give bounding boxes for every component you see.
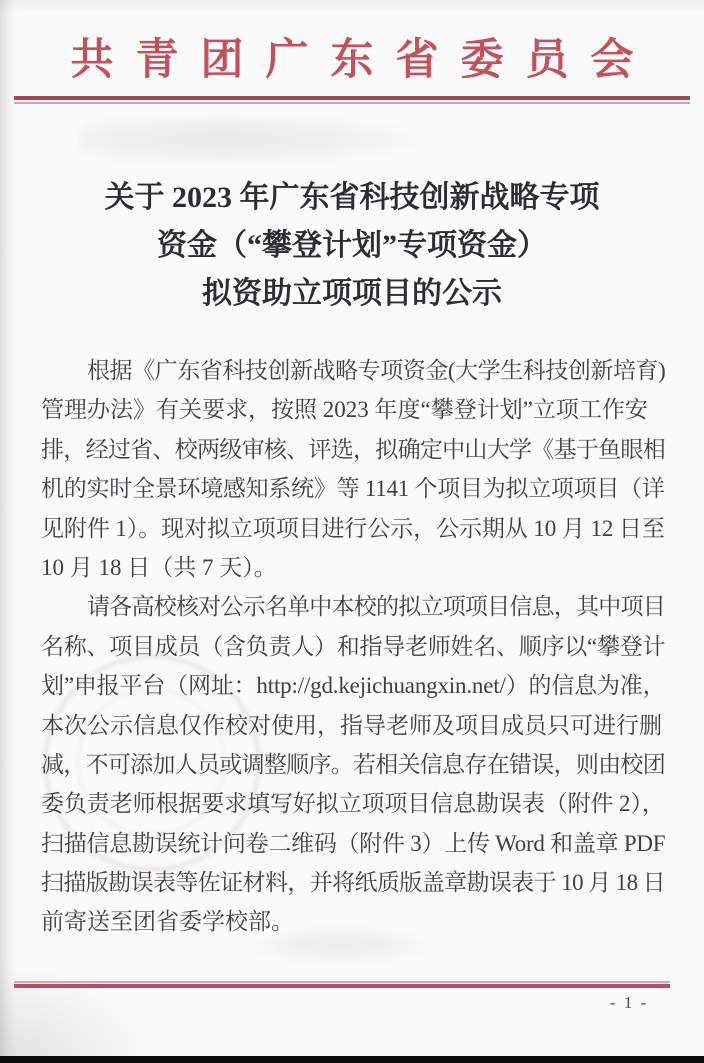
- body-line: 管理办法》有关要求，按照 2023 年度“攀登计划”立项工作安: [41, 390, 665, 429]
- footer-divider: [14, 981, 670, 988]
- divider-thick-line: [14, 96, 690, 100]
- scan-smudge: [80, 112, 440, 167]
- photo-edge-left: [0, 0, 18, 1063]
- page-number: - 1 -: [610, 993, 648, 1013]
- paragraph-1: 根据《广东省科技创新战略专项资金(大学生科技创新培育) 管理办法》有关要求，按照…: [41, 351, 665, 587]
- body-line: 10 月 18 日（共 7 天）。: [41, 548, 665, 587]
- letterhead-divider: [14, 96, 690, 104]
- title-line-2: 资金（“攀登计划”专项资金）: [40, 222, 664, 270]
- divider-thin-line: [14, 981, 670, 983]
- document-title: 关于 2023 年广东省科技创新战略专项 资金（“攀登计划”专项资金） 拟资助立…: [40, 174, 664, 318]
- body-line: 扫描版勘误表等佐证材料，并将纸质版盖章勘误表于 10 月 18 日: [41, 863, 665, 902]
- body-line: 前寄送至团省委学校部。: [41, 902, 665, 941]
- divider-thick-line: [14, 984, 670, 988]
- body-line: 扫描信息勘误统计问卷二维码（附件 3）上传 Word 和盖章 PDF: [41, 824, 665, 863]
- title-line-1: 关于 2023 年广东省科技创新战略专项: [40, 174, 664, 222]
- photo-corner-shadow: [0, 963, 160, 1063]
- body-line-with-url: 划”申报平台（网址：http://gd.kejichuangxin.net/）的…: [41, 666, 665, 705]
- body-line: 名称、项目成员（含负责人）和指导老师姓名、顺序以“攀登计: [41, 627, 665, 666]
- body-line: 见附件 1）。现对拟立项项目进行公示，公示期从 10 月 12 日至: [41, 509, 665, 548]
- scanned-document-page: 共青团广东省委员会 关于 2023 年广东省科技创新战略专项 资金（“攀登计划”…: [0, 0, 704, 1063]
- body-line: 排，经过省、校两级审核、评选，拟确定中山大学《基于鱼眼相: [41, 430, 665, 469]
- body-line: 请各高校核对公示名单中本校的拟立项项目信息，其中项目: [41, 587, 665, 626]
- photo-edge-top: [0, 0, 704, 12]
- photo-bottom-edge: [0, 1056, 704, 1063]
- paragraph-2: 请各高校核对公示名单中本校的拟立项项目信息，其中项目 名称、项目成员（含负责人）…: [41, 587, 665, 942]
- body-line: 本次公示信息仅作校对使用，指导老师及项目成员只可进行删: [41, 706, 665, 745]
- body-line: 减，不可添加人员或调整顺序。若相关信息存在错误，则由校团: [41, 745, 665, 784]
- body-text: 根据《广东省科技创新战略专项资金(大学生科技创新培育) 管理办法》有关要求，按照…: [41, 351, 665, 942]
- letterhead-org-name: 共青团广东省委员会: [0, 26, 704, 87]
- body-line: 机的实时全景环境感知系统》等 1141 个项目为拟立项项目（详: [41, 469, 665, 508]
- title-line-3: 拟资助立项项目的公示: [40, 270, 664, 318]
- divider-thin-line: [14, 102, 690, 104]
- body-line: 委负责老师根据要求填写好拟立项项目信息勘误表（附件 2），: [41, 784, 665, 823]
- body-line: 根据《广东省科技创新战略专项资金(大学生科技创新培育): [41, 351, 665, 390]
